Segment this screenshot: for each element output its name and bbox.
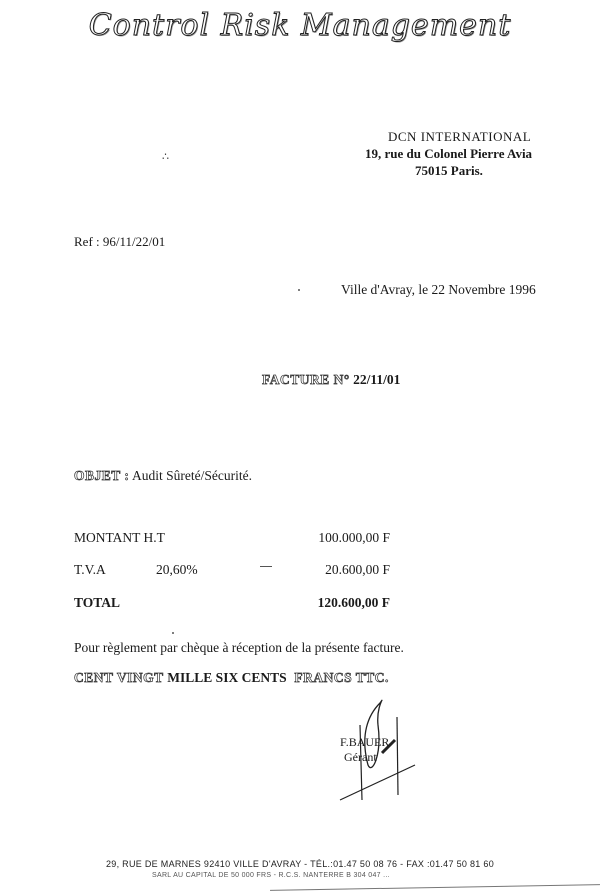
payment-terms: Pour règlement par chèque à réception de… (74, 640, 404, 656)
amount-label: TOTAL (74, 595, 120, 611)
scan-dash (260, 566, 272, 567)
object-label: OBJET : (74, 468, 129, 483)
invoice-number: 22/11/01 (353, 372, 400, 387)
invoice-label: FACTURE N° (262, 372, 350, 387)
addressee-block: DCN INTERNATIONAL 19, rue du Colonel Pie… (365, 128, 532, 179)
amount-value: 20.600,00 F (325, 562, 390, 578)
scan-mark: ∴ (162, 150, 169, 163)
reference: Ref : 96/11/22/01 (74, 234, 165, 250)
signatory: F.BAUER Gérant (340, 735, 389, 765)
place-date: Ville d'Avray, le 22 Novembre 1996 (341, 282, 536, 298)
words-part: MILLE SIX CENTS (167, 670, 286, 685)
amount-value: 100.000,00 F (318, 530, 390, 546)
object-value: Audit Sûreté/Sécurité. (132, 468, 252, 483)
footer-address: 29, RUE DE MARNES 92410 VILLE D'AVRAY - … (0, 859, 600, 869)
vat-rate: 20,60% (156, 562, 198, 578)
amount-label: MONTANT H.T (74, 530, 165, 546)
addressee-city: 75015 Paris. (365, 162, 532, 179)
scan-speck (172, 632, 174, 634)
addressee-street: 19, rue du Colonel Pierre Avia (365, 145, 532, 162)
scan-speck (298, 289, 300, 291)
invoice-object: OBJET : Audit Sûreté/Sécurité. (74, 468, 252, 484)
invoice-title: FACTURE N° 22/11/01 (262, 372, 400, 388)
words-part: FRANCS TTC. (287, 670, 389, 685)
addressee-name: DCN INTERNATIONAL (365, 128, 532, 145)
amount-label: T.V.A (74, 562, 106, 578)
signatory-name: F.BAUER (340, 735, 389, 750)
footer-rule (270, 884, 600, 891)
amount-in-words: CENT VINGT MILLE SIX CENTS FRANCS TTC. (74, 670, 389, 686)
letterhead-company-name: Control Risk Management (0, 8, 600, 43)
words-part: CENT VINGT (74, 670, 167, 685)
signatory-title: Gérant (340, 750, 389, 765)
footer-legal: SARL AU CAPITAL DE 50 000 FRS - R.C.S. N… (152, 872, 390, 879)
amount-value: 120.600,00 F (318, 595, 390, 611)
